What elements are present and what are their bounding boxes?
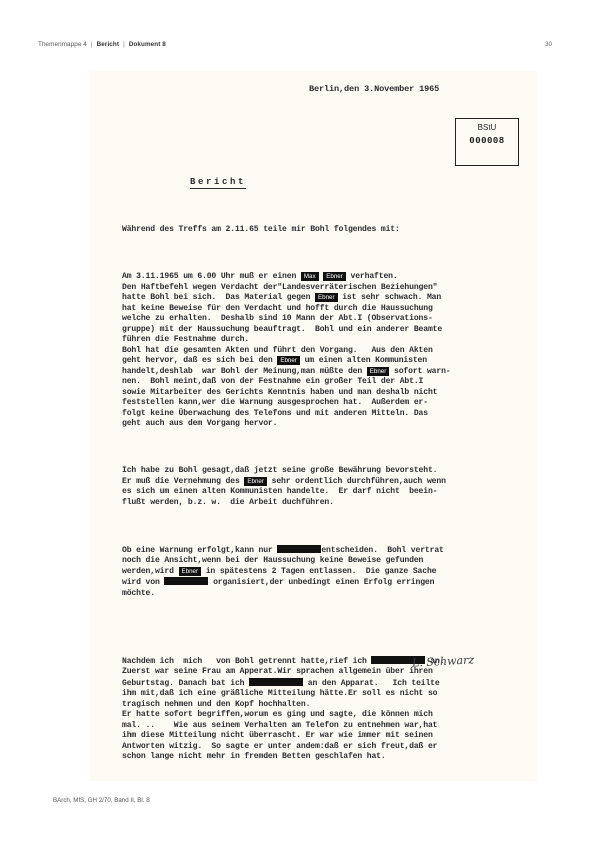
redaction-ebner: Ebner	[179, 567, 202, 576]
document-title: Bericht	[190, 177, 246, 189]
text-line: sofort warn-	[389, 367, 450, 376]
text-line: welche zu erhalten. Deshalb sind 10 Mann…	[122, 314, 433, 323]
text-line: mal. .. Wie aus seinem Verhalten am Tele…	[122, 721, 437, 730]
separator: |	[123, 41, 125, 48]
source-citation: BArch, MfS, GH 2/70, Band II, Bl. 8	[53, 797, 150, 804]
text-line: Ob eine Warnung erfolgt,kann nur	[122, 546, 277, 555]
paragraph-1: Am 3.11.1965 um 6.00 Uhr muß er einen Ma…	[122, 272, 451, 430]
stamp-number: 000008	[456, 136, 518, 146]
document-scan: Berlin,den 3.November 1965 BStU 000008 B…	[90, 71, 537, 781]
paragraph-4: Nachdem ich mich von Bohl getrennt hatte…	[122, 656, 451, 763]
running-head: Themenmappe 4|Bericht|Dokument 8	[38, 41, 166, 48]
text-line: tragisch nehmen und den Kopf hochhalten.	[122, 700, 310, 709]
text-line: gruppe) mit der Haussuchung beauftragt. …	[122, 325, 442, 334]
text-line: Den Haftbefehl wegen Verdacht der"Landes…	[122, 283, 437, 292]
redaction-blank	[277, 545, 321, 553]
text-line: folgt keine Überwachung des Telefons und…	[122, 409, 428, 418]
text-line: hat keine Beweise für den Verdacht und h…	[122, 304, 433, 313]
text-line: Nachdem ich mich von Bohl getrennt hatte…	[122, 657, 371, 666]
text-line: Ich habe zu Bohl gesagt,daß jetzt seine …	[122, 466, 437, 475]
text-line: verhaften.	[346, 272, 398, 281]
text-line: Er muß die Vernehmung des	[122, 477, 244, 486]
text-line: Zuerst war seine Frau am Apperat.Wir spr…	[122, 667, 433, 676]
redaction-blank	[164, 577, 208, 585]
text-line: sehr ordentlich durchführen,auch wenn	[267, 477, 446, 486]
page-number: 30	[545, 41, 552, 48]
paragraph-2: Ich habe zu Bohl gesagt,daß jetzt seine …	[122, 466, 451, 508]
text-line: Während des Treffs am 2.11.65 teile mir …	[122, 225, 400, 234]
text-line: noch die Ansicht,wenn bei der Haussuchun…	[122, 556, 423, 565]
document-number: Dokument 8	[129, 41, 166, 48]
text-line: organisiert,der unbedingt einen Erfolg e…	[208, 578, 434, 587]
report-body: Während des Treffs am 2.11.65 teile mir …	[122, 204, 451, 784]
text-line: Er hatte sofort begriffen,worum es ging …	[122, 710, 433, 719]
text-line: um einen alten Kommunisten	[300, 356, 427, 365]
text-line: geht auch aus dem Vorgang hervor.	[122, 419, 277, 428]
text-line: in spätestens 2 Tagen entlassen. Die gan…	[201, 567, 436, 576]
text-line: möchte.	[122, 589, 155, 598]
text-line: ihm diese Mitteilung nicht überrascht. E…	[122, 731, 433, 740]
text-line: Am 3.11.1965 um 6.00 Uhr muß er einen	[122, 272, 301, 281]
signature: L. Schwarz	[412, 653, 475, 669]
date-line: Berlin,den 3.November 1965	[309, 84, 439, 94]
text-line: führen die Festnahme durch.	[122, 335, 249, 344]
redaction-blank	[249, 678, 303, 686]
text-line: feststellen kann,wer die Warnung ausgesp…	[122, 398, 428, 407]
text-line: Geburtstag. Danach bat ich	[122, 679, 249, 688]
archive-stamp: BStU 000008	[455, 118, 519, 166]
separator: |	[91, 41, 93, 48]
redaction-ebner: Ebner	[244, 477, 267, 486]
text-line: wird von	[122, 578, 164, 587]
paragraph-intro: Während des Treffs am 2.11.65 teile mir …	[122, 225, 451, 236]
redaction-ebner: Ebner	[323, 272, 346, 281]
text-line: werden,wird	[122, 567, 179, 576]
text-line: ihm mit,daß ich eine gräßliche Mitteilun…	[122, 689, 437, 698]
text-line: schon lange nicht mehr in fremden Betten…	[122, 752, 386, 761]
series-label: Themenmappe 4	[38, 41, 87, 48]
redaction-ebner: Ebner	[315, 293, 338, 302]
text-line: flußt werden, b.z. w. die Arbeit duchfüh…	[122, 498, 334, 507]
text-line: an den Apparat. Ich teilte	[303, 679, 440, 688]
redaction-max: Max	[301, 272, 319, 281]
text-line: es sich um einen alten Kommunisten hande…	[122, 487, 437, 496]
text-line: Antworten witzig. So sagte er unter ande…	[122, 742, 437, 751]
redaction-ebner: Ebner	[277, 356, 300, 365]
text-line: ist sehr schwach. Man	[338, 293, 442, 302]
redaction-ebner: Ebner	[367, 367, 390, 376]
text-line: nen. Bohl meint,daß von der Festnahme ei…	[122, 377, 423, 386]
text-line: handelt,deshlab war Bohl der Meinung,man…	[122, 367, 367, 376]
document-type: Bericht	[97, 41, 119, 48]
text-line: Bohl hat die gesamten Akten und führt de…	[122, 346, 433, 355]
text-line: sowie Mitarbeiter des Gerichts Kenntnis …	[122, 388, 437, 397]
stamp-label: BStU	[456, 123, 518, 132]
paragraph-3: Ob eine Warnung erfolgt,kann nur entsche…	[122, 545, 451, 600]
text-line: geht hervor, daß es sich bei den	[122, 356, 277, 365]
text-line: hatte Bohl bei sich. Das Material gegen	[122, 293, 315, 302]
text-line: entscheiden. Bohl vertrat	[321, 546, 443, 555]
